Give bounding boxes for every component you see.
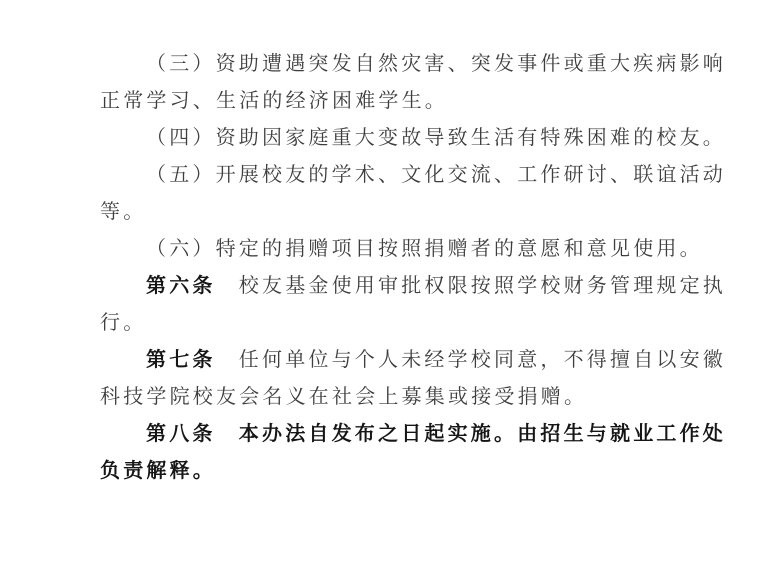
text-segment: （五）开展校友的学术、文化交流、工作研讨、联谊活动 (146, 164, 726, 186)
text-segment: 任何单位与个人未经学校同意，不得擅自以安徽 (216, 349, 726, 371)
text-segment: 科技学院校友会名义在社会上募集或接受捐赠。 (100, 386, 587, 408)
text-line: 负责解释。 (100, 453, 740, 490)
text-segment: （三）资助遭遇突发自然灾害、突发事件或重大疾病影响 (146, 53, 726, 75)
text-line: （四）资助因家庭重大变故导致生活有特殊困难的校友。 (100, 120, 740, 157)
paragraph: （四）资助因家庭重大变故导致生活有特殊困难的校友。 (100, 120, 740, 157)
bold-text-segment: 负责解释。 (100, 460, 216, 482)
text-segment: 校友基金使用审批权限按照学校财务管理规定执 (216, 275, 726, 297)
text-segment: 行。 (100, 312, 146, 334)
paragraph: （六）特定的捐赠项目按照捐赠者的意愿和意见使用。 (100, 231, 740, 268)
text-line: （六）特定的捐赠项目按照捐赠者的意愿和意见使用。 (100, 231, 740, 268)
bold-text-segment: 第六条 (146, 275, 216, 297)
paragraph: 第七条 任何单位与个人未经学校同意，不得擅自以安徽科技学院校友会名义在社会上募集… (100, 342, 740, 416)
text-line: 科技学院校友会名义在社会上募集或接受捐赠。 (100, 379, 740, 416)
text-line: 第七条 任何单位与个人未经学校同意，不得擅自以安徽 (100, 342, 740, 379)
text-line: 行。 (100, 305, 740, 342)
text-segment: （四）资助因家庭重大变故导致生活有特殊困难的校友。 (146, 127, 726, 149)
document-body: （三）资助遭遇突发自然灾害、突发事件或重大疾病影响正常学习、生活的经济困难学生。… (100, 46, 740, 490)
paragraph: 第六条 校友基金使用审批权限按照学校财务管理规定执行。 (100, 268, 740, 342)
bold-text-segment: 第七条 (146, 349, 216, 371)
text-line: 第六条 校友基金使用审批权限按照学校财务管理规定执 (100, 268, 740, 305)
text-segment: 正常学习、生活的经济困难学生。 (100, 90, 448, 112)
text-segment: （六）特定的捐赠项目按照捐赠者的意愿和意见使用。 (146, 238, 703, 260)
bold-text-segment: 第八条 本办法自发布之日起实施。由招生与就业工作处 (146, 423, 726, 445)
text-line: （五）开展校友的学术、文化交流、工作研讨、联谊活动 (100, 157, 740, 194)
paragraph: 第八条 本办法自发布之日起实施。由招生与就业工作处负责解释。 (100, 416, 740, 490)
paragraph: （五）开展校友的学术、文化交流、工作研讨、联谊活动等。 (100, 157, 740, 231)
text-segment: 等。 (100, 201, 146, 223)
text-line: 正常学习、生活的经济困难学生。 (100, 83, 740, 120)
document-page: （三）资助遭遇突发自然灾害、突发事件或重大疾病影响正常学习、生活的经济困难学生。… (0, 0, 782, 574)
text-line: 第八条 本办法自发布之日起实施。由招生与就业工作处 (100, 416, 740, 453)
text-line: （三）资助遭遇突发自然灾害、突发事件或重大疾病影响 (100, 46, 740, 83)
paragraph: （三）资助遭遇突发自然灾害、突发事件或重大疾病影响正常学习、生活的经济困难学生。 (100, 46, 740, 120)
text-line: 等。 (100, 194, 740, 231)
